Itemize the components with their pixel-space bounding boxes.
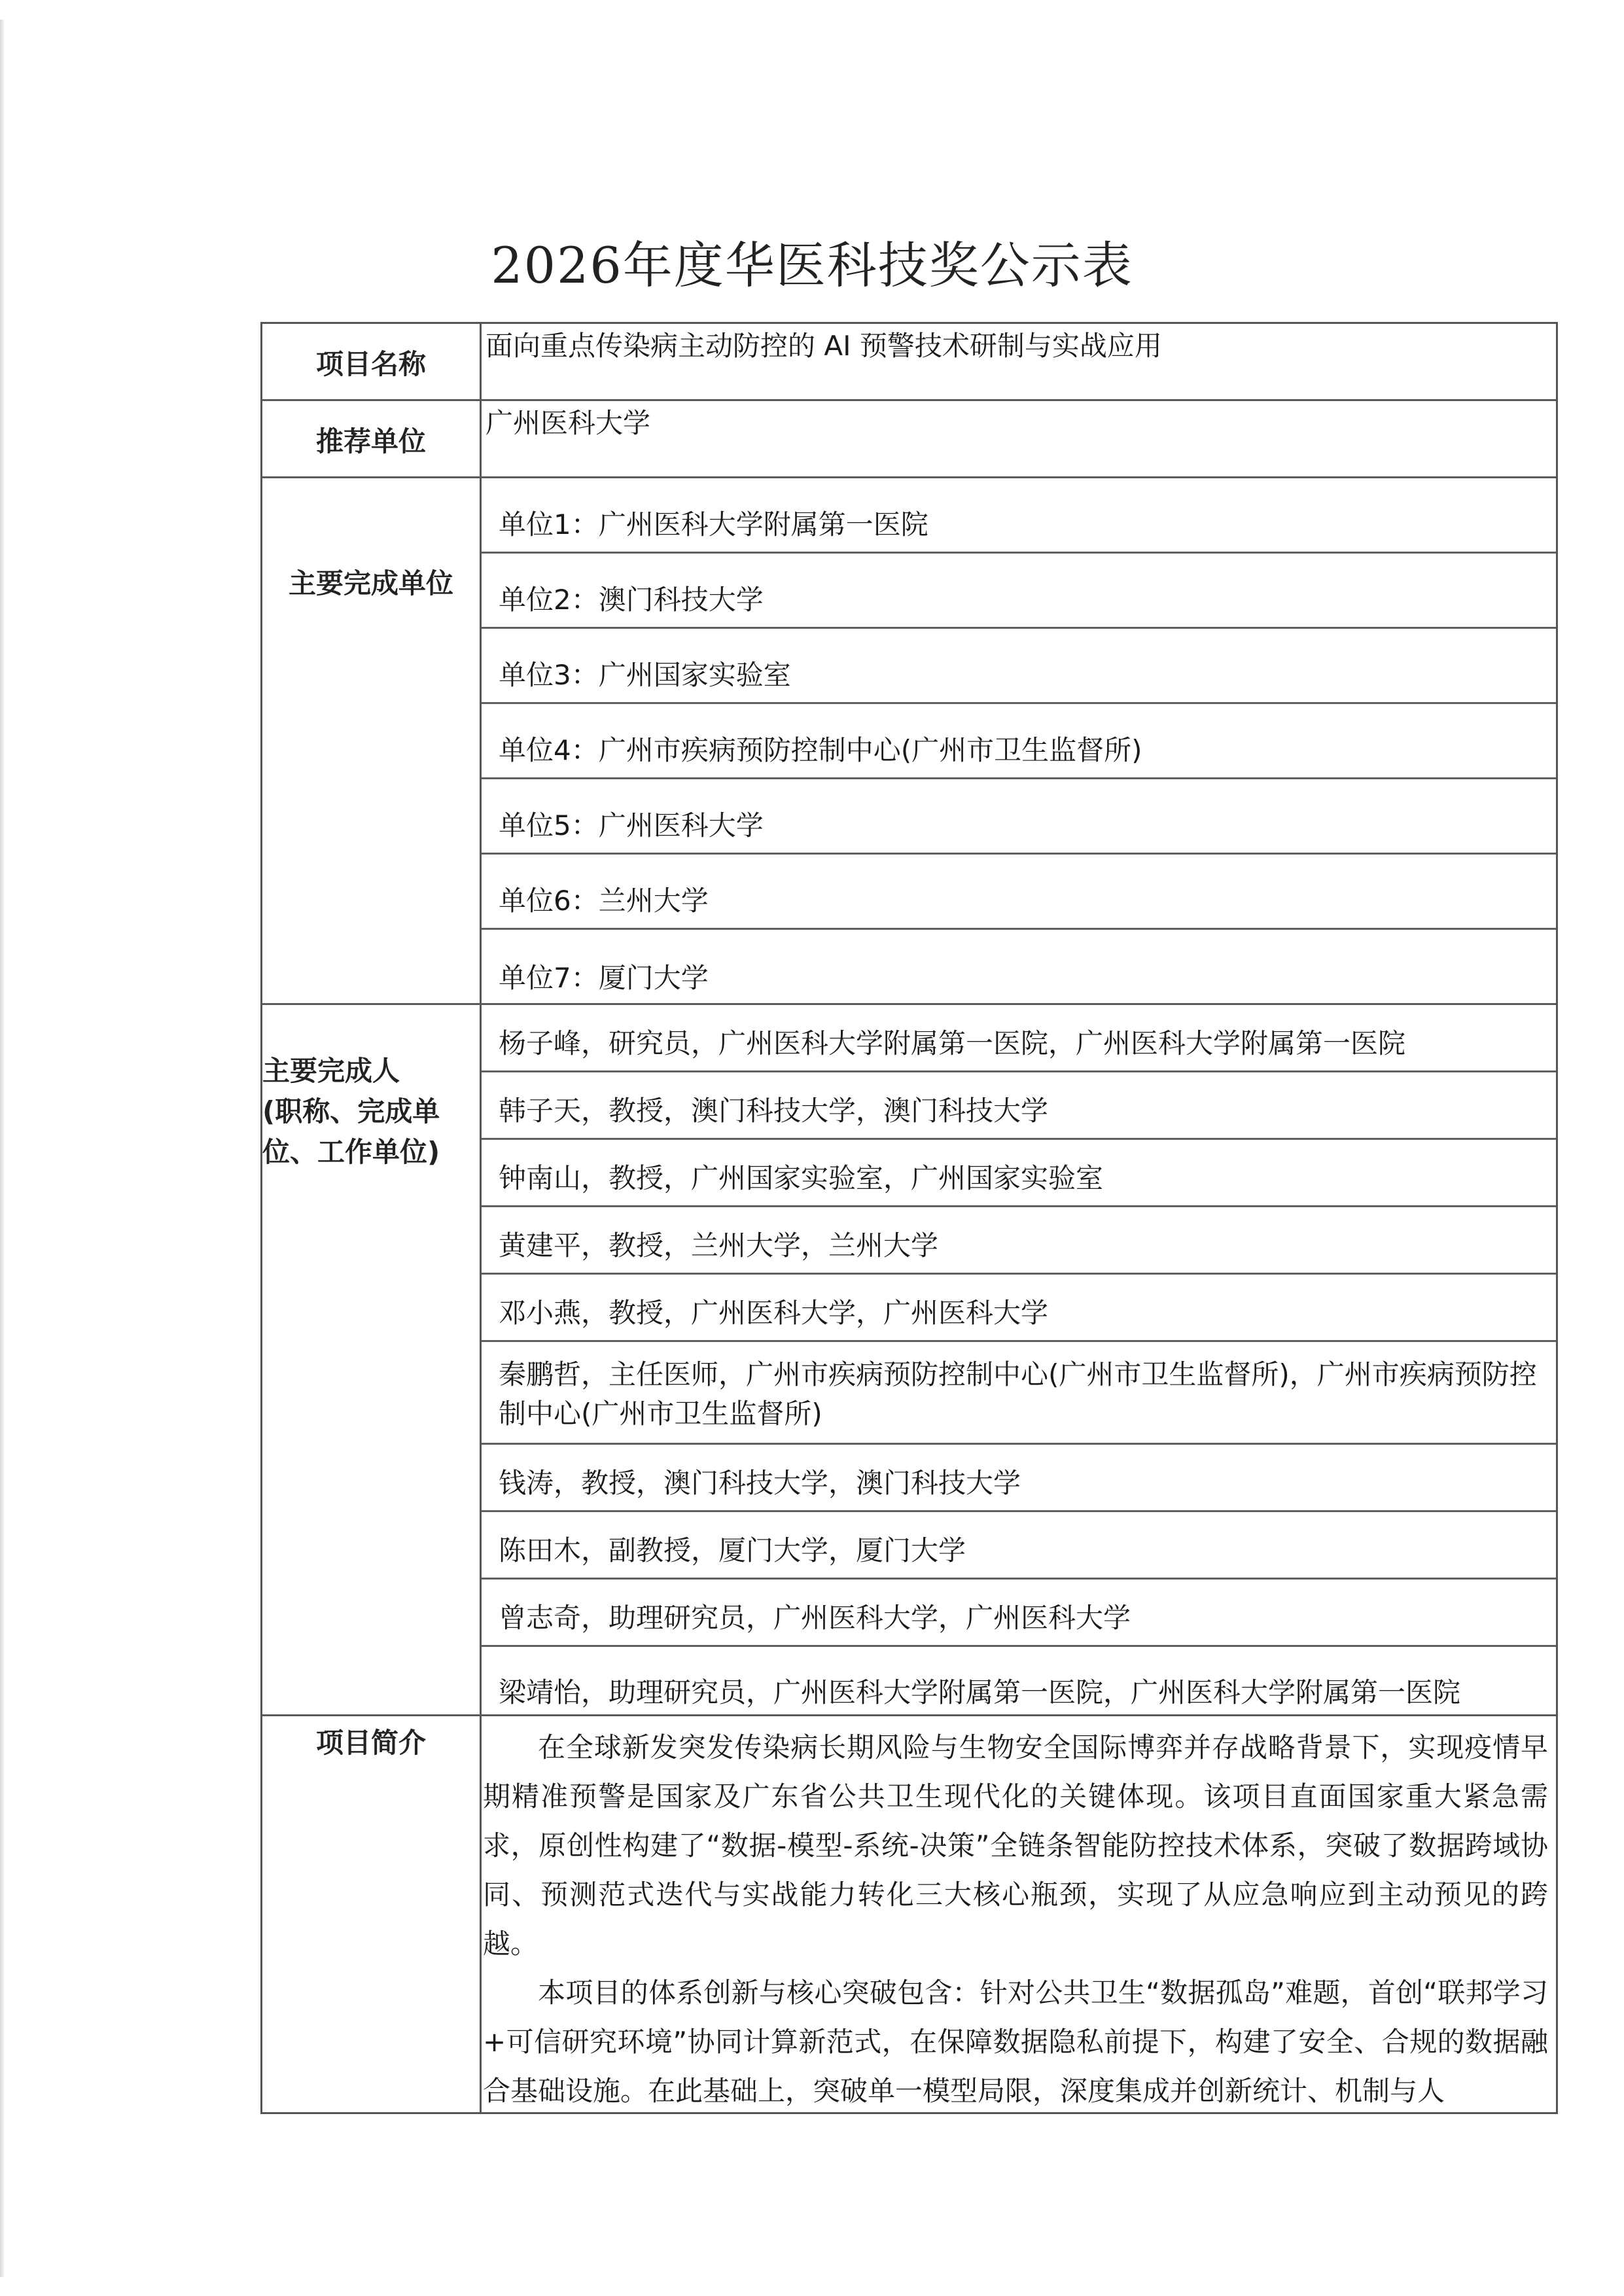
unit-item: 单位4：广州市疾病预防控制中心(广州市卫生监督所) [482, 704, 1556, 779]
unit-item: 单位5：广州医科大学 [482, 779, 1556, 855]
person-item: 杨子峰，研究员，广州医科大学附属第一医院，广州医科大学附属第一医院 [482, 1005, 1556, 1072]
label-recommending-unit: 推荐单位 [262, 401, 482, 476]
row-project-name: 项目名称 面向重点传染病主动防控的 AI 预警技术研制与实战应用 [262, 324, 1556, 401]
intro-paragraph: 在全球新发突发传染病长期风险与生物安全国际博弈并存战略背景下，实现疫情早期精准预… [483, 1723, 1548, 1968]
unit-item: 单位3：广州国家实验室 [482, 629, 1556, 704]
project-intro-text: 在全球新发突发传染病长期风险与生物安全国际博弈并存战略背景下，实现疫情早期精准预… [482, 1716, 1556, 2112]
label-main-persons: 主要完成人 (职称、完成单 位、工作单位) [262, 1005, 482, 1714]
person-item: 邓小燕，教授，广州医科大学，广州医科大学 [482, 1275, 1556, 1342]
label-main-persons-line3: 位、工作单位) [262, 1132, 440, 1173]
value-recommending-unit: 广州医科大学 [482, 401, 1556, 442]
person-item: 曾志奇，助理研究员，广州医科大学，广州医科大学 [482, 1580, 1556, 1647]
row-project-intro: 项目简介 在全球新发突发传染病长期风险与生物安全国际博弈并存战略背景下，实现疫情… [262, 1716, 1556, 2114]
person-item: 钟南山，教授，广州国家实验室，广州国家实验室 [482, 1140, 1556, 1207]
unit-item: 单位7：厦门大学 [482, 930, 1556, 1005]
person-item: 黄建平，教授，兰州大学，兰州大学 [482, 1207, 1556, 1275]
intro-paragraph: 本项目的体系创新与核心突破包含：针对公共卫生“数据孤岛”难题，首创“联邦学习+可… [483, 1968, 1548, 2112]
row-main-units: 主要完成单位 单位1：广州医科大学附属第一医院 单位2：澳门科技大学 单位3：广… [262, 478, 1556, 1005]
main-units-list: 单位1：广州医科大学附属第一医院 单位2：澳门科技大学 单位3：广州国家实验室 … [482, 478, 1556, 1003]
person-item: 陈田木，副教授，厦门大学，厦门大学 [482, 1512, 1556, 1580]
value-project-name: 面向重点传染病主动防控的 AI 预警技术研制与实战应用 [482, 324, 1556, 364]
row-main-persons: 主要完成人 (职称、完成单 位、工作单位) 杨子峰，研究员，广州医科大学附属第一… [262, 1005, 1556, 1716]
document-title: 2026年度华医科技奖公示表 [0, 226, 1624, 297]
person-item: 钱涛，教授，澳门科技大学，澳门科技大学 [482, 1445, 1556, 1512]
label-project-name: 项目名称 [262, 324, 482, 399]
label-main-persons-line2: (职称、完成单 [262, 1091, 440, 1132]
person-item: 韩子天，教授，澳门科技大学，澳门科技大学 [482, 1072, 1556, 1140]
unit-item: 单位2：澳门科技大学 [482, 554, 1556, 629]
label-main-units: 主要完成单位 [262, 478, 482, 1003]
label-main-persons-line1: 主要完成人 [262, 1051, 400, 1091]
person-item: 梁靖怡，助理研究员，广州医科大学附属第一医院，广州医科大学附属第一医院 [482, 1647, 1556, 1714]
row-recommending-unit: 推荐单位 广州医科大学 [262, 401, 1556, 478]
unit-item: 单位6：兰州大学 [482, 855, 1556, 930]
scan-edge [0, 20, 4, 2277]
main-persons-list: 杨子峰，研究员，广州医科大学附属第一医院，广州医科大学附属第一医院 韩子天，教授… [482, 1005, 1556, 1714]
label-project-intro: 项目简介 [262, 1716, 482, 2112]
person-item: 秦鹏哲，主任医师，广州市疾病预防控制中心(广州市卫生监督所)，广州市疾病预防控制… [482, 1342, 1556, 1445]
unit-item: 单位1：广州医科大学附属第一医院 [482, 478, 1556, 554]
award-publicity-table: 项目名称 面向重点传染病主动防控的 AI 预警技术研制与实战应用 推荐单位 广州… [260, 322, 1558, 2114]
